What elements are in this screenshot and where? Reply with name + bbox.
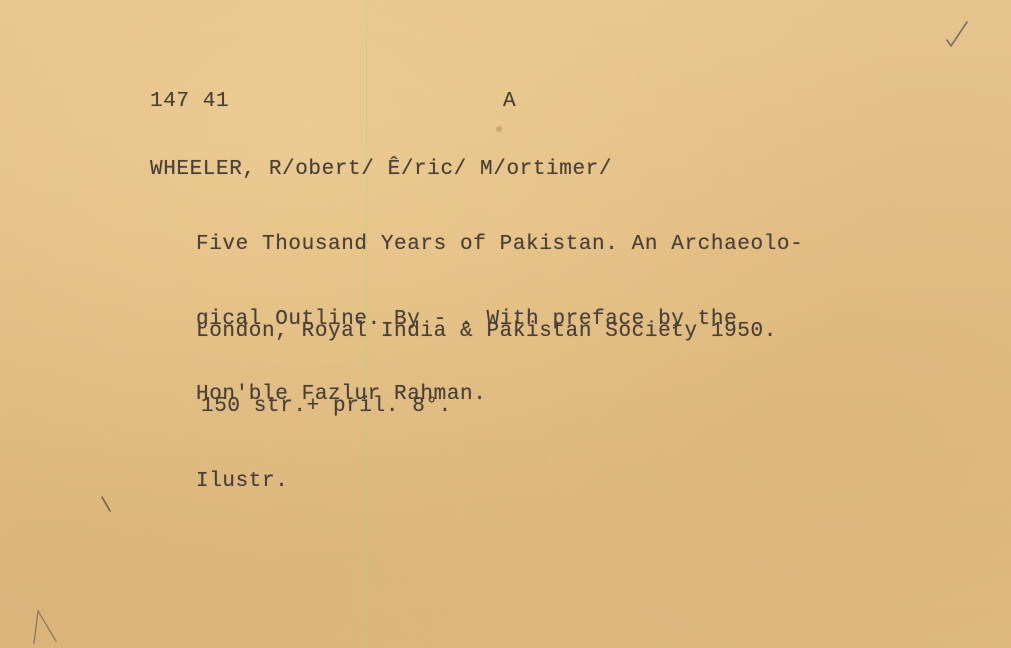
author-heading: WHEELER, R/obert/ Ê/ric/ M/ortimer/ <box>150 157 612 182</box>
publication-line: London, Royal India & Pakistan Society 1… <box>196 319 777 344</box>
illustrations-line: Ilustr. <box>196 469 777 494</box>
pagination-line: 150 str.+ pril. 8°. <box>196 394 777 419</box>
pencil-letter-icon <box>30 605 60 645</box>
section-letter: A <box>503 89 516 114</box>
title-line: Five Thousand Years of Pakistan. An Arch… <box>196 232 803 257</box>
accession-number: 147 41 <box>150 89 229 114</box>
pencil-stroke-icon <box>100 495 112 513</box>
catalog-card: 147 41 A WHEELER, R/obert/ Ê/ric/ M/orti… <box>0 0 1011 648</box>
check-mark-icon <box>945 20 969 48</box>
imprint-block: London, Royal India & Pakistan Society 1… <box>196 269 777 544</box>
paper-spot <box>496 126 502 132</box>
